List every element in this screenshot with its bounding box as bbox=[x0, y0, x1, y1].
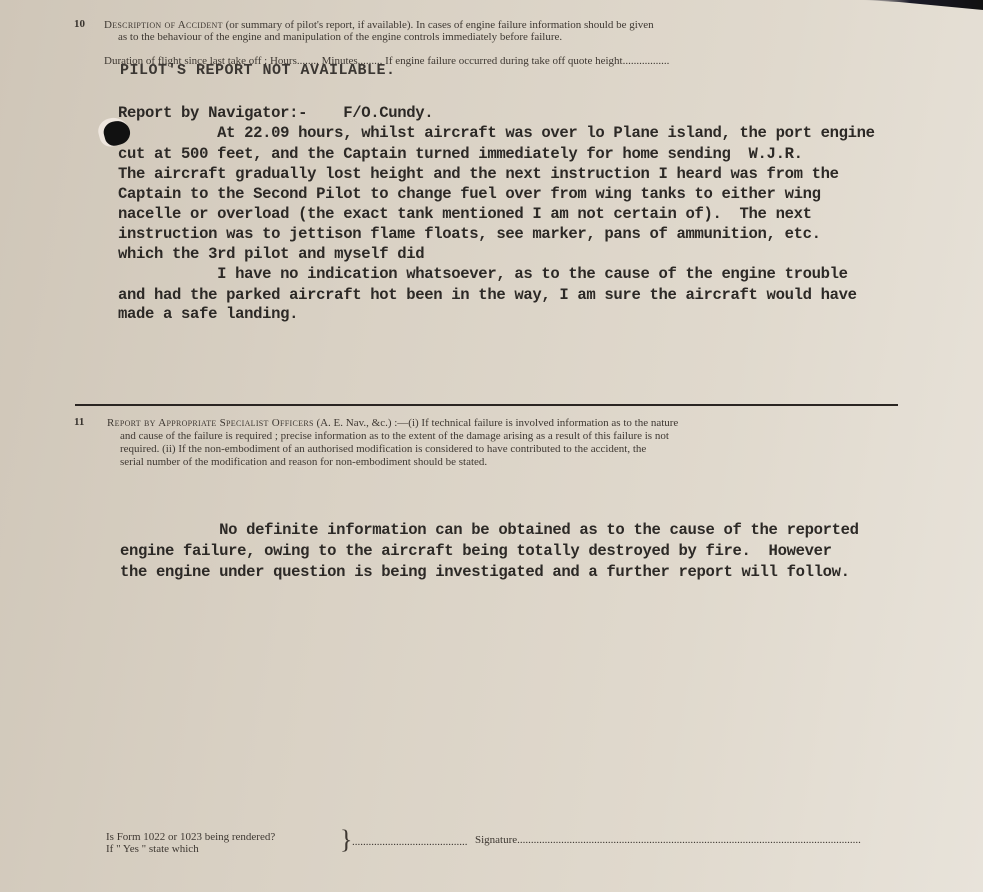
pilot-report-stamp: PILOT'S REPORT NOT AVAILABLE. bbox=[120, 62, 396, 79]
specialist-report-line: the engine under question is being inves… bbox=[120, 562, 850, 582]
section-11-instructions: (A. E. Nav., &c.) :—(i) If technical fai… bbox=[314, 417, 679, 429]
navigator-report-line: cut at 500 feet, and the Captain turned … bbox=[118, 144, 803, 164]
section-10-heading: Description of Accident bbox=[104, 19, 223, 31]
navigator-report-line: nacelle or overload (the exact tank ment… bbox=[118, 204, 812, 224]
signature-label: Signature bbox=[475, 834, 517, 846]
navigator-report-line: Captain to the Second Pilot to change fu… bbox=[118, 184, 821, 204]
section-divider bbox=[75, 404, 898, 406]
signature-line: Signature...............................… bbox=[475, 834, 861, 846]
section-11-number: 11 bbox=[74, 416, 84, 428]
form-if-yes: If " Yes " state which bbox=[106, 843, 199, 855]
navigator-report-line: Report by Navigator:- F/O.Cundy. bbox=[118, 103, 433, 123]
scan-edge-shadow bbox=[863, 0, 983, 10]
section-11-heading: Report by Appropriate Specialist Officer… bbox=[107, 417, 314, 429]
specialist-report-line: engine failure, owing to the aircraft be… bbox=[120, 541, 832, 561]
section-10-number: 10 bbox=[74, 18, 85, 30]
navigator-report-line: At 22.09 hours, whilst aircraft was over… bbox=[118, 123, 875, 143]
navigator-report-line: made a safe landing. bbox=[118, 304, 298, 324]
form-question: Is Form 1022 or 1023 being rendered? bbox=[106, 831, 275, 843]
signature-field[interactable]: ........................................… bbox=[517, 834, 861, 846]
navigator-report-line: and had the parked aircraft hot been in … bbox=[118, 285, 857, 305]
form-answer-field[interactable]: ........................................… bbox=[352, 836, 468, 848]
navigator-report-line: instruction was to jettison flame floats… bbox=[118, 224, 821, 244]
section-11-instructions-line2: and cause of the failure is required ; p… bbox=[120, 430, 669, 442]
section-11-heading-line: Report by Appropriate Specialist Officer… bbox=[107, 417, 678, 429]
section-11-instructions-line3: required. (ii) If the non-embodiment of … bbox=[120, 443, 646, 455]
brace: } bbox=[340, 827, 352, 853]
section-10-instructions: (or summary of pilot's report, if availa… bbox=[223, 19, 654, 31]
navigator-report-line: I have no indication whatsoever, as to t… bbox=[118, 264, 848, 284]
section-11-instructions-line4: serial number of the modification and re… bbox=[120, 456, 487, 468]
navigator-report-line: The aircraft gradually lost height and t… bbox=[118, 164, 839, 184]
specialist-report-line: No definite information can be obtained … bbox=[120, 520, 859, 540]
section-10-heading-line: Description of Accident (or summary of p… bbox=[104, 19, 654, 31]
section-10-instructions-line2: as to the behaviour of the engine and ma… bbox=[118, 31, 562, 43]
navigator-report-line: which the 3rd pilot and myself did bbox=[118, 244, 424, 264]
